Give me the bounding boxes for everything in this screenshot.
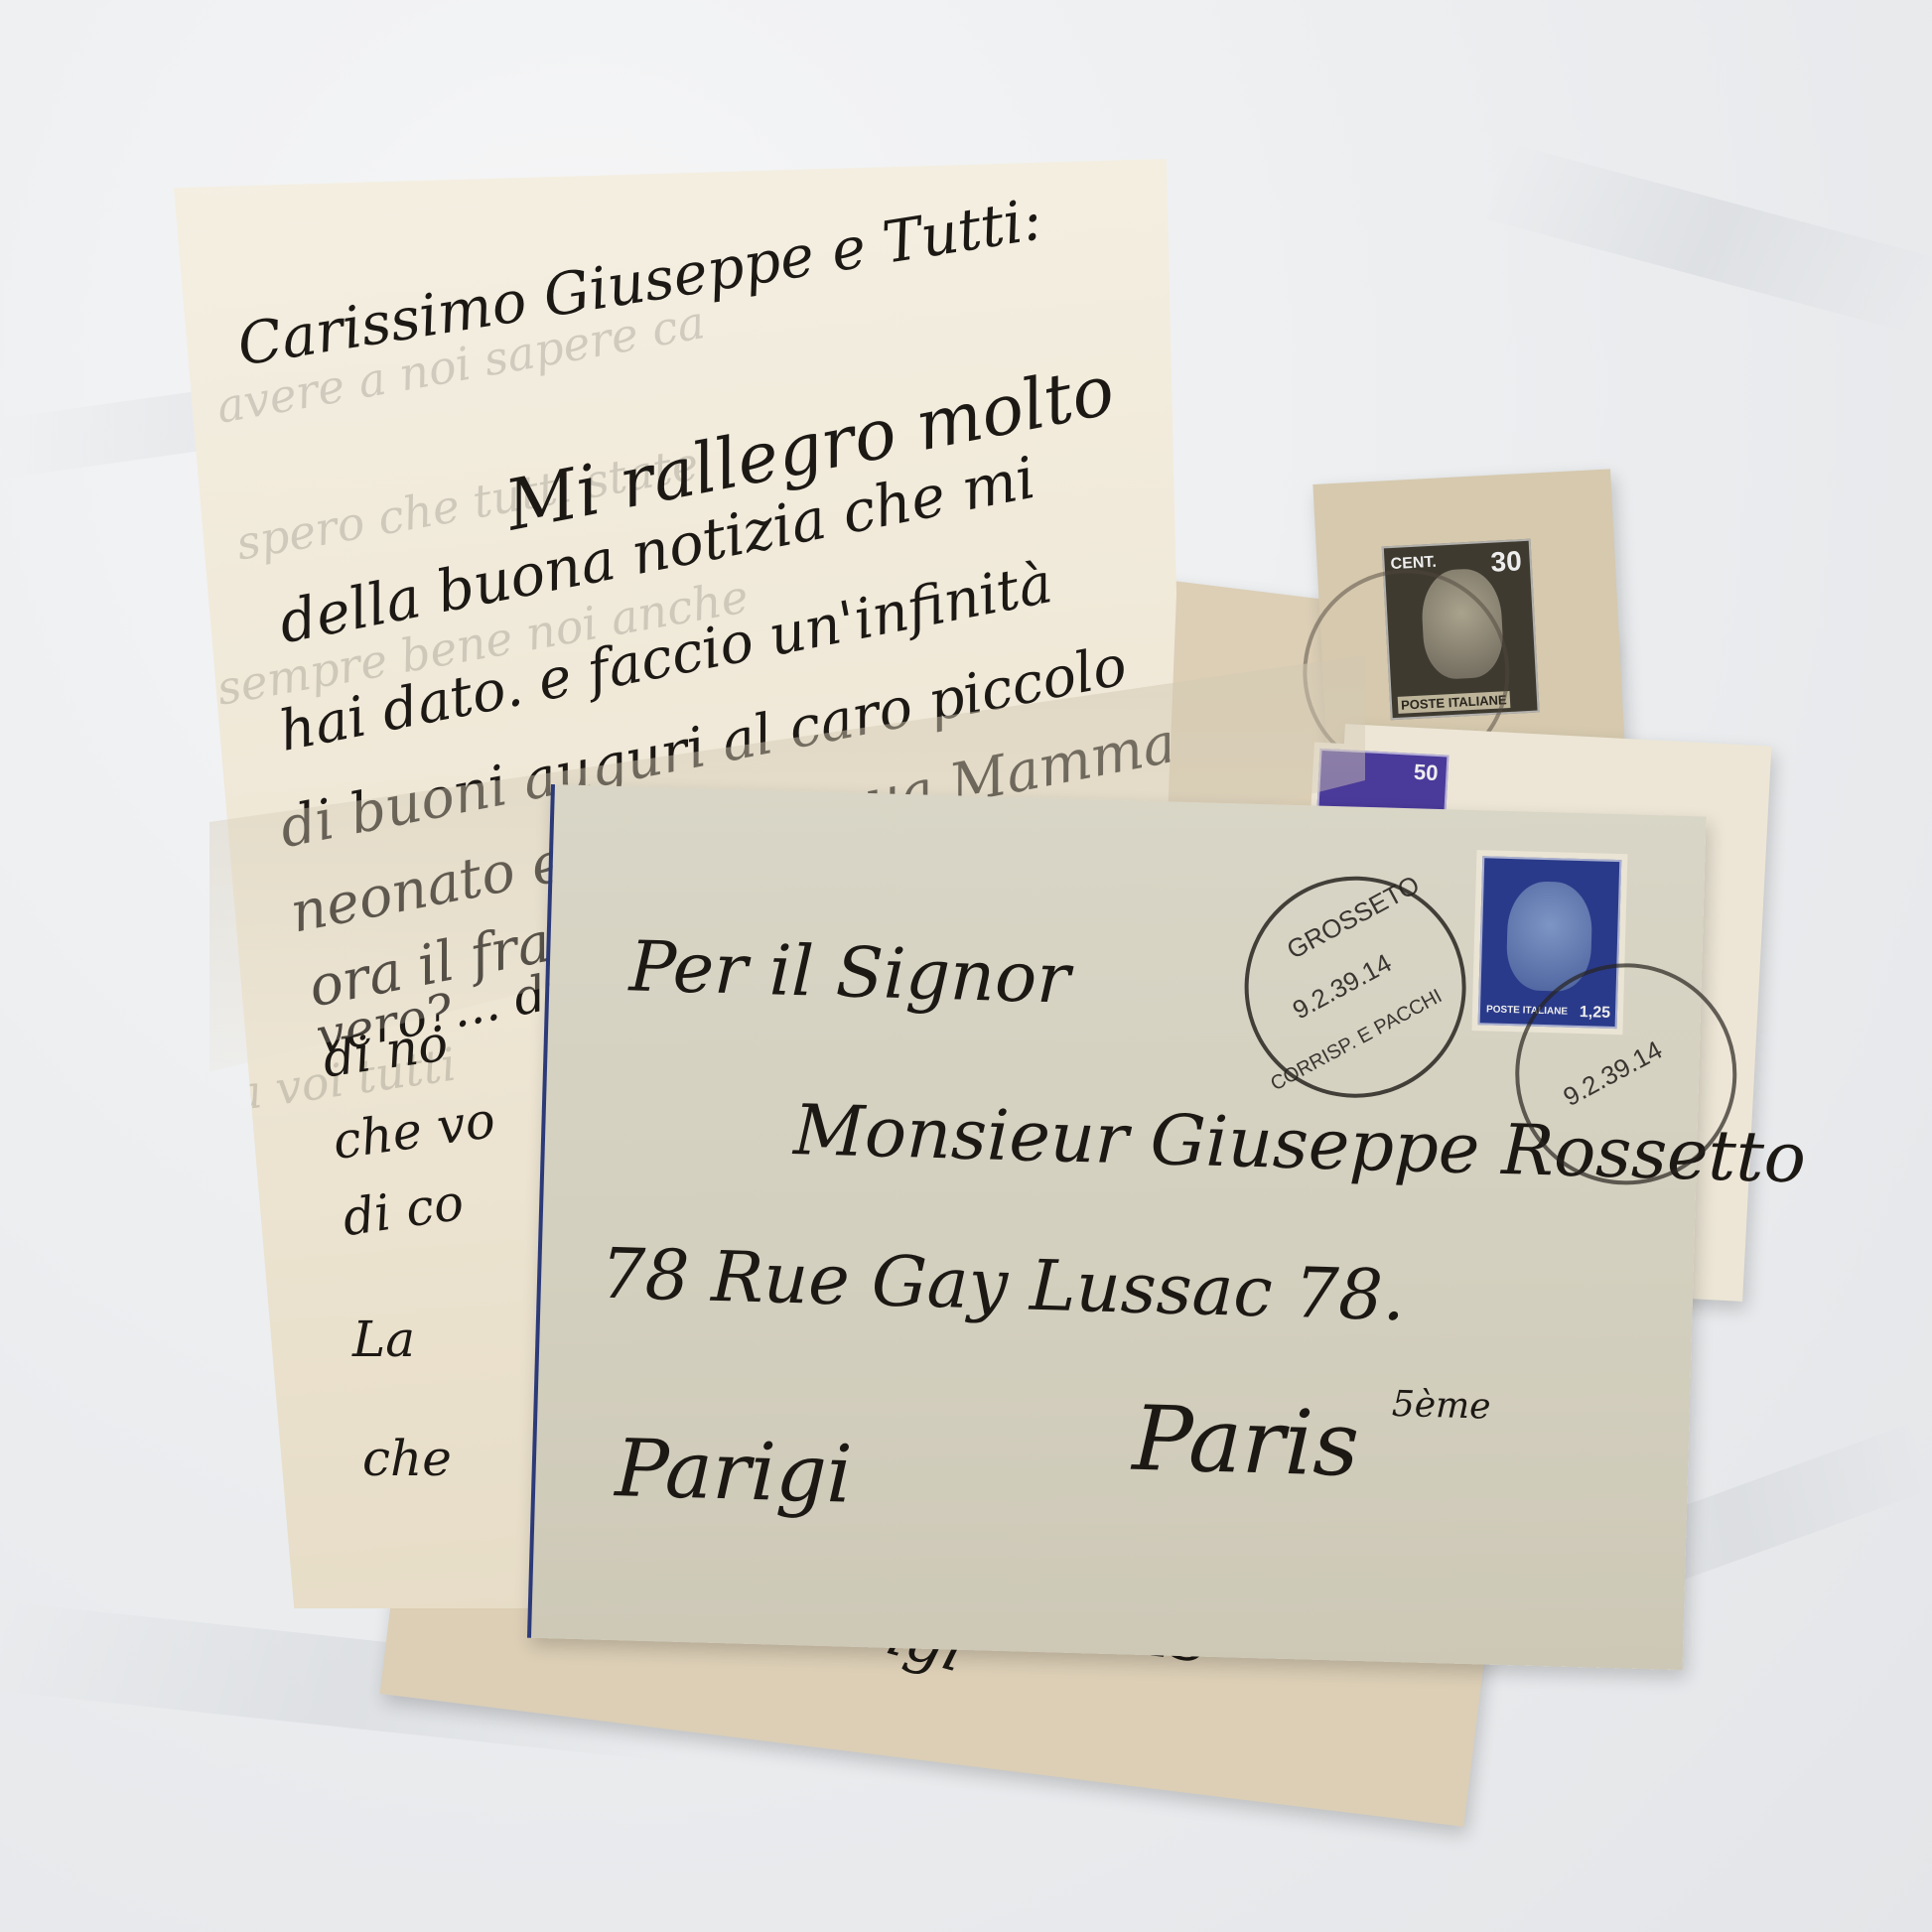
letter-line: che: [362, 1430, 452, 1487]
envelope-city-left: Parigi: [615, 1422, 854, 1521]
postmark-date: 9.2.39.14: [1558, 1035, 1667, 1113]
envelope-arrondissement: 5ème: [1391, 1384, 1491, 1428]
stamp-value: 30: [1490, 545, 1523, 579]
letter-line: La: [352, 1311, 415, 1368]
envelope-line-1: Per il Signor: [628, 925, 1071, 1019]
postmark-city: GROSSETO: [1282, 870, 1425, 966]
letter-line: di co: [340, 1173, 468, 1247]
tissue-wrinkle: [1486, 143, 1932, 335]
envelope-city-right: Paris: [1131, 1387, 1360, 1497]
stamp-value: 50: [1413, 759, 1439, 786]
envelope-address: 78 Rue Gay Lussac 78.: [600, 1233, 1406, 1337]
postmark-grosseto: GROSSETO 9.2.39.14 CORRISP. E PACCHI: [1242, 874, 1469, 1101]
envelope: Per il Signor Monsieur Giuseppe Rossetto…: [527, 784, 1707, 1670]
